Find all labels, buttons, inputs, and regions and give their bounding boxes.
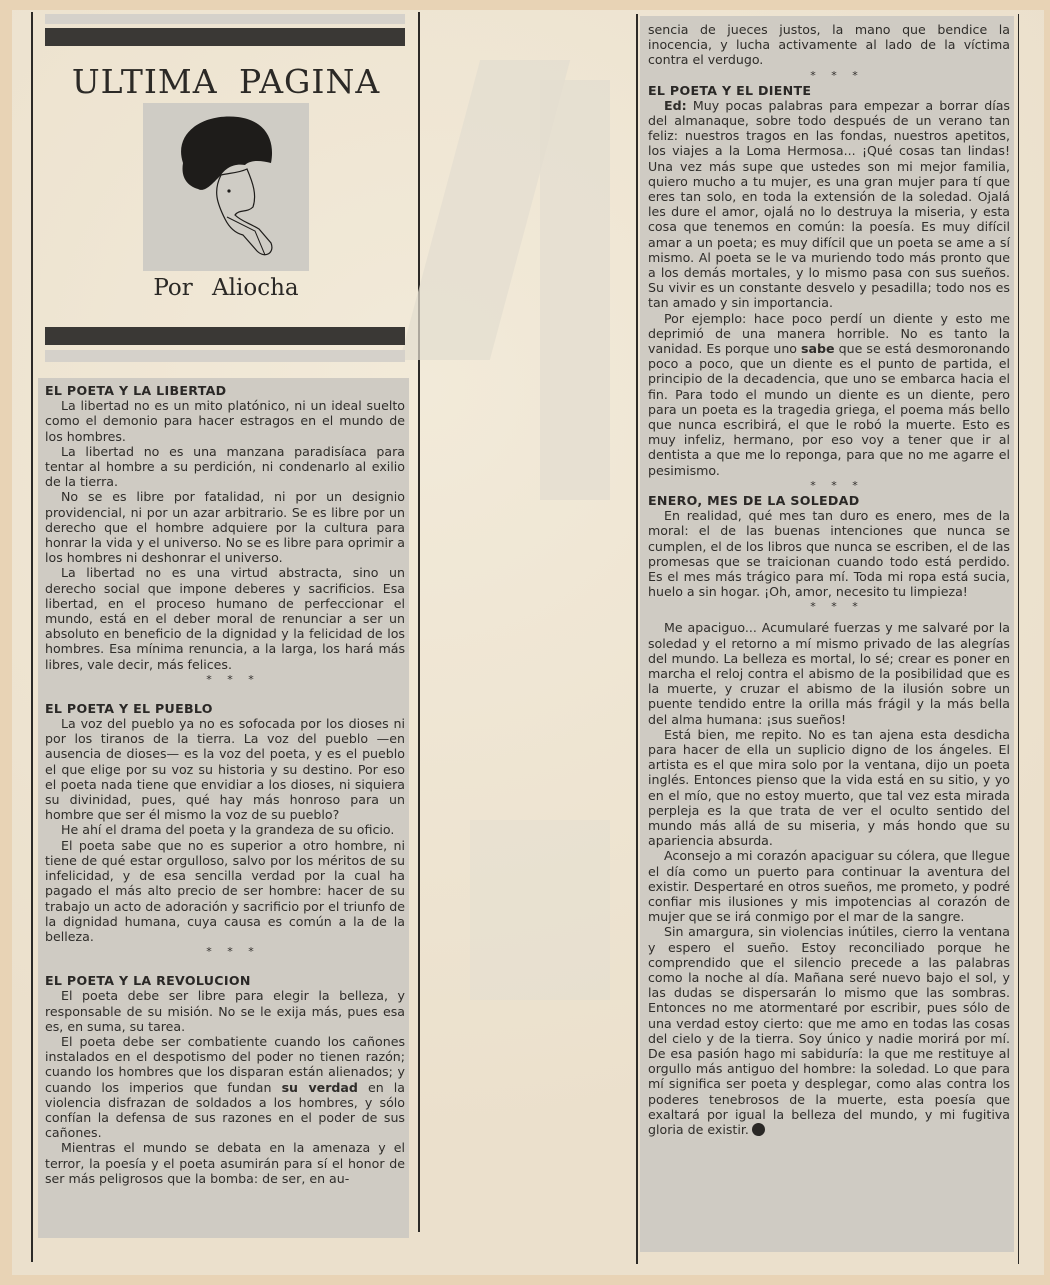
paragraph: La libertad no es un mito platónico, ni … xyxy=(45,398,405,444)
paragraph: Me apaciguo... Acumularé fuerzas y me sa… xyxy=(648,620,1010,726)
section-separator: * * * xyxy=(648,599,1010,614)
right-column-text: sencia de jueces justos, la mano que ben… xyxy=(648,22,1010,1137)
paragraph: Está bien, me repito. No es tan ajena es… xyxy=(648,727,1010,849)
section-heading: EL POETA Y EL PUEBLO xyxy=(45,701,405,716)
page-title: ULTIMA PAGINA xyxy=(46,62,406,101)
header-top-band xyxy=(45,14,405,24)
section-heading: EL POETA Y EL DIENTE xyxy=(648,83,1010,98)
paragraph: Mientras el mundo se debata en la amenaz… xyxy=(45,1140,405,1186)
bold-word: sabe xyxy=(801,341,835,356)
section-heading: ENERO, MES DE LA SOLEDAD xyxy=(648,493,1010,508)
paragraph: He ahí el drama del poeta y la grandeza … xyxy=(45,822,405,837)
paragraph: El poeta debe ser libre para elegir la b… xyxy=(45,988,405,1034)
column-rule-left xyxy=(31,12,33,1262)
paragraph: El poeta debe ser combatiente cuando los… xyxy=(45,1034,405,1140)
bleed-through-shape xyxy=(470,820,610,1000)
header-top-bar xyxy=(45,28,405,46)
section-separator: * * * xyxy=(45,944,405,959)
paragraph: Sin amargura, sin violencias inútiles, c… xyxy=(648,924,1010,1137)
paragraph: No se es libre por fatalidad, ni por un … xyxy=(45,489,405,565)
bold-phrase: su verdad xyxy=(282,1080,358,1095)
paragraph-continuation: sencia de jueces justos, la mano que ben… xyxy=(648,22,1010,68)
left-column-text: EL POETA Y LA LIBERTAD La libertad no es… xyxy=(45,383,405,1186)
paragraph: El poeta sabe que no es superior a otro … xyxy=(45,838,405,944)
section-heading: EL POETA Y LA REVOLUCION xyxy=(45,973,405,988)
paragraph: Por ejemplo: hace poco perdí un diente y… xyxy=(648,311,1010,478)
section-separator: * * * xyxy=(648,68,1010,83)
caricature-portrait-icon xyxy=(143,103,309,271)
paragraph: La libertad no es una manzana paradisíac… xyxy=(45,444,405,490)
bleed-through-shape xyxy=(540,80,610,500)
end-of-article-bullet-icon xyxy=(752,1123,765,1136)
section-heading: EL POETA Y LA LIBERTAD xyxy=(45,383,405,398)
header-bottom-band xyxy=(45,350,405,362)
section-separator: * * * xyxy=(648,478,1010,493)
paragraph: La voz del pueblo ya no es sofocada por … xyxy=(45,716,405,822)
column-rule-middle-left xyxy=(418,12,420,1232)
paragraph: La libertad no es una virtud abstracta, … xyxy=(45,565,405,671)
paragraph: En realidad, qué mes tan duro es enero, … xyxy=(648,508,1010,599)
paragraph: Ed: Muy pocas palabras para empezar a bo… xyxy=(648,98,1010,311)
column-rule-right xyxy=(1018,14,1019,1264)
salutation: Ed: xyxy=(664,98,687,113)
section-separator: * * * xyxy=(45,672,405,687)
header-bottom-bar xyxy=(45,327,405,345)
author-byline: Por Aliocha xyxy=(46,275,406,301)
column-rule-middle-right xyxy=(636,14,638,1264)
paragraph: Aconsejo a mi corazón apaciguar su cóler… xyxy=(648,848,1010,924)
